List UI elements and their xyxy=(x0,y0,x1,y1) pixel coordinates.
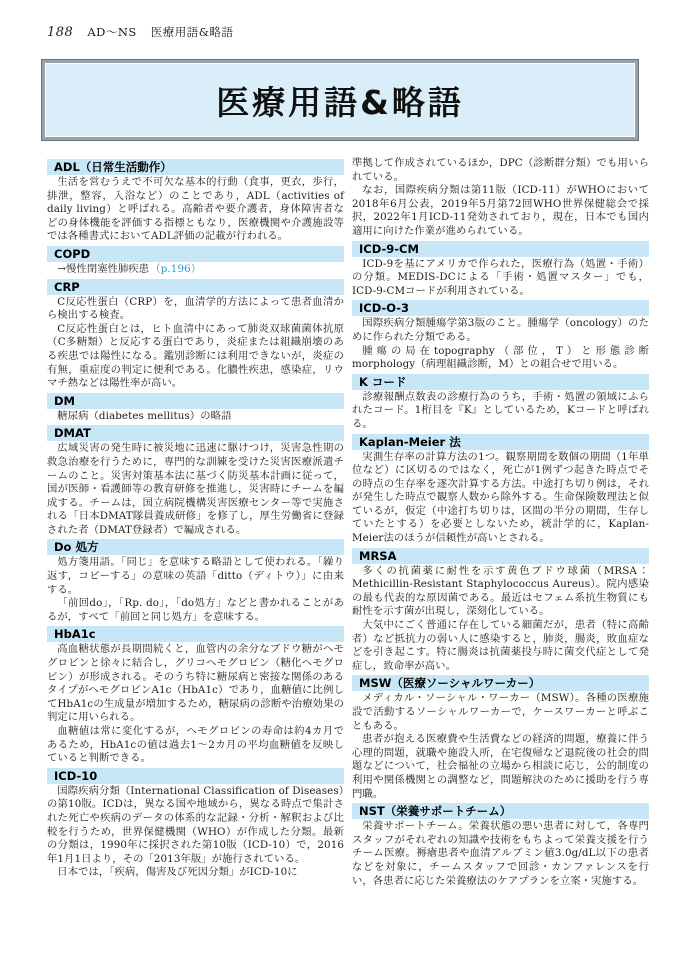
entry-adl: ADL（日常生活動作） 生活を営むうえで不可欠な基本的行動（食事，更衣，歩行，排… xyxy=(47,159,344,244)
entry-paragraph: 準拠して作成されているほか，DPC（診断群分類）でも用いられている。 xyxy=(352,157,649,184)
term-band-do-shohou: Do 処方 xyxy=(47,539,344,555)
term-band-nst: NST（栄養サポートチーム） xyxy=(352,803,649,819)
glossary-content: ADL（日常生活動作） 生活を営むうえで不可欠な基本的行動（食事，更衣，歩行，排… xyxy=(47,157,649,888)
entry-nst: NST（栄養サポートチーム） 栄養サポートチーム。栄養状態の悪い患者に対して，各… xyxy=(352,803,649,888)
term-band-hba1c: HbA1c xyxy=(47,626,344,642)
entry-paragraph: メディカル・ソーシャル・ワーカー（MSW）。各種の医療施設で活動するソーシャルワ… xyxy=(352,692,649,733)
entry-paragraph: 国際疾病分類（International Classification of D… xyxy=(47,785,344,867)
entry-paragraph: 多くの抗菌薬に耐性を示す黄色ブドウ球菌（MRSA：Methicillin-Res… xyxy=(352,565,649,619)
entry-paragraph: 糖尿病（diabetes mellitus）の略語 xyxy=(47,410,344,424)
entry-paragraph: 血糖値は常に変化するが，ヘモグロビンの寿命は約4カ月であるため，HbA1cの値は… xyxy=(47,725,344,766)
section-range: AD〜NS xyxy=(87,25,136,39)
running-head-title: 医療用語&略語 xyxy=(151,25,234,39)
left-column: ADL（日常生活動作） 生活を営むうえで不可欠な基本的行動（食事，更衣，歩行，排… xyxy=(47,157,344,888)
entry-dmat: DMAT 広域災害の発生時に被災地に迅速に駆けつけ，災害急性期の救急治療を行うた… xyxy=(47,425,344,537)
entry-paragraph: C反応性蛋白とは，ヒト血清中にあって肺炎双球菌菌体抗原（C多糖類）と反応する蛋白… xyxy=(47,323,344,391)
entry-paragraph: 国際疾病分類腫瘍学第3版のこと。腫瘍学（oncology）のために作られた分類で… xyxy=(352,317,649,344)
entry-icd9cm: ICD-9-CM ICD-9を基にアメリカで作られた，医療行為（処置・手術）の分… xyxy=(352,241,649,299)
term-band-msw: MSW（医療ソーシャルワーカー） xyxy=(352,675,649,691)
term-band-crp: CRP xyxy=(47,279,344,295)
entry-icd10: ICD-10 国際疾病分類（International Classificati… xyxy=(47,768,344,880)
entry-paragraph: C反応性蛋白（CRP）を，血清学的方法によって患者血清から検出する検査。 xyxy=(47,296,344,323)
entry-hba1c: HbA1c 高血糖状態が長期間続くと，血管内の余分なブドウ糖がヘモグロビンと徐々… xyxy=(47,626,344,765)
entry-paragraph: 大気中にごく普通に存在している細菌だが，患者（特に高齢者）など抵抗力の弱い人に感… xyxy=(352,619,649,673)
term-band-icd10: ICD-10 xyxy=(47,768,344,784)
term-band-kaplan-meier: Kaplan-Meier 法 xyxy=(352,434,649,450)
chapter-title-box: 医療用語&略語 xyxy=(42,60,638,140)
term-band-mrsa: MRSA xyxy=(352,548,649,564)
term-band-dm: DM xyxy=(47,393,344,409)
entry-kaplan-meier: Kaplan-Meier 法 実測生存率の計算方法の1つ。観察期間を数個の期間（… xyxy=(352,434,649,546)
crossref-page-link[interactable]: （p.196） xyxy=(150,263,201,275)
right-column: 準拠して作成されているほか，DPC（診断群分類）でも用いられている。 なお，国際… xyxy=(352,157,649,888)
entry-icdo3: ICD-O-3 国際疾病分類腫瘍学第3版のこと。腫瘍学（oncology）のため… xyxy=(352,300,649,371)
entry-paragraph: 広域災害の発生時に被災地に迅速に駆けつけ，災害急性期の救急治療を行うために，専門… xyxy=(47,442,344,537)
entry-k-code: K コード 診療報酬点数表の診療行為のうち，手術・処置の領域にふられたコード。1… xyxy=(352,374,649,432)
entry-paragraph: 患者が抱える医療費や生活費などの経済的問題，療養に伴う心理的問題，就職や施設入所… xyxy=(352,733,649,801)
entry-paragraph: なお，国際疾病分類は第11版（ICD-11）がWHOにおいて2018年6月公表，… xyxy=(352,184,649,238)
entry-msw: MSW（医療ソーシャルワーカー） メディカル・ソーシャル・ワーカー（MSW）。各… xyxy=(352,675,649,801)
entry-paragraph: 高血糖状態が長期間続くと，血管内の余分なブドウ糖がヘモグロビンと徐々に結合し，グ… xyxy=(47,643,344,725)
entry-paragraph: ICD-9を基にアメリカで作られた，医療行為（処置・手術）の分類。MEDIS-D… xyxy=(352,258,649,299)
entry-icd10-continuation: 準拠して作成されているほか，DPC（診断群分類）でも用いられている。 なお，国際… xyxy=(352,157,649,239)
entry-paragraph: 腫瘍の局在topography（部位，T）と形態診断morphology（病理組… xyxy=(352,345,649,372)
entry-paragraph: 生活を営むうえで不可欠な基本的行動（食事，更衣，歩行，排泄，整容，入浴など）のこ… xyxy=(47,176,344,244)
glossary-page: 188AD〜NS医療用語&略語 医療用語&略語 ADL（日常生活動作） 生活を営… xyxy=(0,0,680,966)
chapter-title: 医療用語&略語 xyxy=(216,77,464,124)
term-band-icd9cm: ICD-9-CM xyxy=(352,241,649,257)
entry-crp: CRP C反応性蛋白（CRP）を，血清学的方法によって患者血清から検出する検査。… xyxy=(47,279,344,391)
entry-paragraph: 栄養サポートチーム。栄養状態の悪い患者に対して，各専門スタッフがそれぞれの知識や… xyxy=(352,820,649,888)
term-band-k-code: K コード xyxy=(352,374,649,390)
entry-mrsa: MRSA 多くの抗菌薬に耐性を示す黄色ブドウ球菌（MRSA：Methicilli… xyxy=(352,548,649,674)
term-band-dmat: DMAT xyxy=(47,425,344,441)
crossref-line: →慢性閉塞性肺疾患 （p.196） xyxy=(47,263,344,277)
term-band-adl: ADL（日常生活動作） xyxy=(47,159,344,175)
entry-dm: DM 糖尿病（diabetes mellitus）の略語 xyxy=(47,393,344,424)
crossref-text: →慢性閉塞性肺疾患 xyxy=(57,263,149,275)
page-number: 188 xyxy=(47,25,73,40)
running-head: 188AD〜NS医療用語&略語 xyxy=(47,24,234,40)
term-band-icdo3: ICD-O-3 xyxy=(352,300,649,316)
entry-paragraph: 診療報酬点数表の診療行為のうち，手術・処置の領域にふられたコード。1桁目を『K』… xyxy=(352,391,649,432)
entry-copd: COPD →慢性閉塞性肺疾患 （p.196） xyxy=(47,246,344,277)
term-band-copd: COPD xyxy=(47,246,344,262)
entry-paragraph: 処方箋用語。「同じ」を意味する略語として使われる。「繰り返す，コピーする」の意味… xyxy=(47,556,344,597)
entry-paragraph: 「前回do」，「Rp. do」，「do処方」などと書かれることがあるが，すべて「… xyxy=(47,597,344,624)
entry-paragraph: 日本では，「疾病，傷害及び死因分類」がICD-10に xyxy=(47,866,344,880)
entry-do-shohou: Do 処方 処方箋用語。「同じ」を意味する略語として使われる。「繰り返す，コピー… xyxy=(47,539,344,624)
entry-paragraph: 実測生存率の計算方法の1つ。観察期間を数個の期間（1年単位など）に区切るのではな… xyxy=(352,451,649,546)
